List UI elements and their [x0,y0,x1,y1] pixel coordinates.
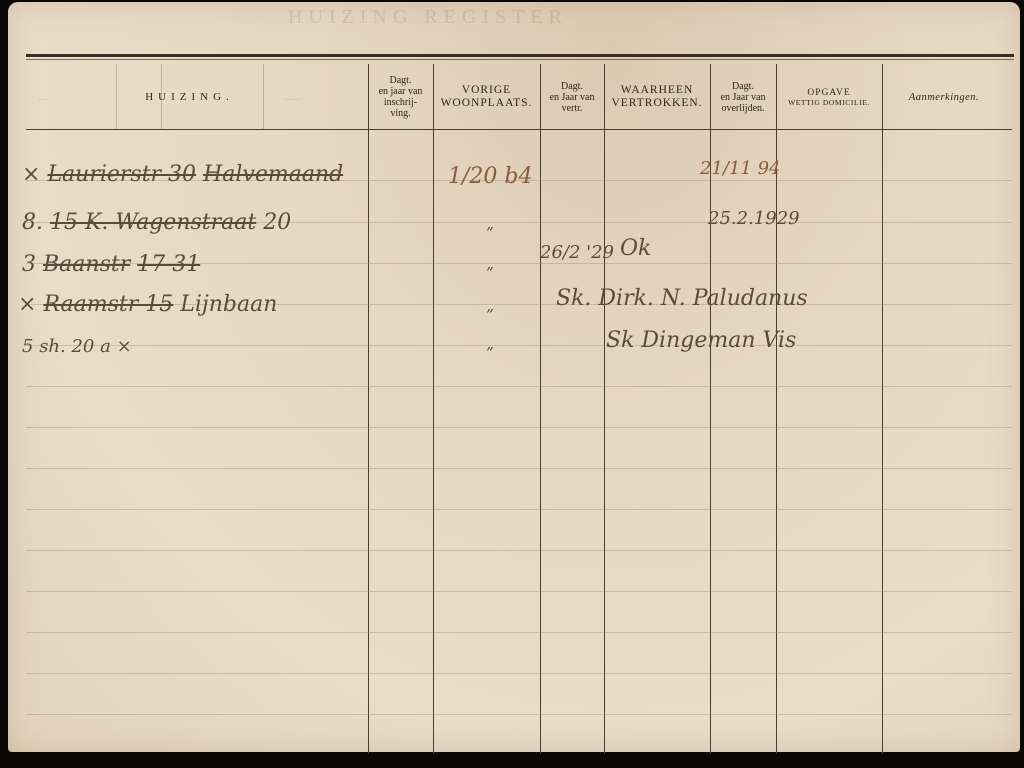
header-vorige-woonplaats: VORIGE WOONPLAATS. [433,64,540,130]
header-line: WOONPLAATS. [441,97,533,110]
header-line: Dagt. [550,81,595,92]
column-divider [882,64,883,754]
ruled-line [26,632,1012,633]
entry-address: 15 K. Wagenstraat [50,210,256,235]
header-line: ving. [379,108,423,119]
header-line: WETTIG DOMICILIE. [788,98,870,107]
entry-address: Laurierstr 30 [47,162,196,187]
header-top-rule-thin [26,59,1014,60]
faded-form-title: HUIZING REGISTER [288,6,748,28]
header-line: en Jaar van [721,92,766,103]
header-line: VORIGE [441,84,533,97]
ruled-line [26,591,1012,592]
overlijden-date-2: 25.2.1929 [708,208,800,229]
header-line: en jaar van [379,86,423,97]
ditto-mark: ” [486,224,494,242]
entry-address-alt: 17 31 [137,252,200,277]
entry-address-alt: Lijnbaan [180,292,277,317]
header-line: VERTROKKEN. [611,97,702,110]
header-line: OPGAVE [788,88,870,98]
huizing-entry-4: × Raamstr 15 Lijnbaan [18,292,277,317]
register-card: HUIZING REGISTER .... HUIZING. ........ … [8,2,1020,752]
header-aanmerkingen: Aanmerkingen. [882,64,1006,130]
huizing-entry-3: 3 Baanstr 17 31 [22,252,200,277]
domicilie-entry-2: Sk Dingeman Vis [606,328,796,353]
entry-address-alt: a × [100,336,132,357]
ruled-line [26,427,1012,428]
ruled-line [26,468,1012,469]
entry-address: Raamstr 15 [43,292,173,317]
header-line: Dagt. [379,75,423,86]
header-line: Dagt. [721,81,766,92]
inschrijving-date-1: 1/20 b4 [448,164,532,189]
column-divider [604,64,605,754]
ruled-line [26,509,1012,510]
header-line: WAARHEEN [611,84,702,97]
header-huizing-label: HUIZING. [145,91,234,103]
header-top-rule [26,54,1014,57]
header-opgave: OPGAVE WETTIG DOMICILIE. [776,64,882,130]
entry-marker: 5 [22,336,33,357]
ditto-mark: ” [486,306,494,324]
overlijden-date-1: 21/11 94 [700,158,781,179]
entry-marker: 3 [22,252,36,277]
header-vertrek: Dagt. en Jaar van vertr. [540,64,604,130]
huizing-entry-5: 5 sh. 20 a × [22,336,132,357]
header-inschrijving: Dagt. en jaar van inschrij- ving. [368,64,433,130]
entry-address: Baanstr [43,252,130,277]
entry-address-alt: 20 [263,210,291,235]
huizing-entry-2: 8. 15 K. Wagenstraat 20 [22,210,291,235]
entry-marker: × [18,292,36,317]
vertrek-note: Ok [620,236,651,261]
header-line: en Jaar van [550,92,595,103]
header-huizing: HUIZING. [116,64,263,130]
ruled-line [26,550,1012,551]
faded-header-text: ........ [283,92,301,102]
ditto-mark: ” [486,264,494,282]
column-divider-faint [263,64,264,130]
faded-header-text: .... [38,92,47,102]
entry-address: sh. 20 [39,336,94,357]
ruled-line [26,673,1012,674]
header-aanmerkingen-label: Aanmerkingen. [909,92,979,103]
ditto-mark: ” [486,344,494,362]
vertrek-date: 26/2 '29 [540,242,614,263]
header-overlijden: Dagt. en Jaar van overlijden. [710,64,776,130]
header-waarheen: WAARHEEN VERTROKKEN. [604,64,710,130]
column-divider [433,64,434,754]
header-line: inschrij- [379,97,423,108]
header-line: overlijden. [721,103,766,114]
ruled-line [26,386,1012,387]
domicilie-entry-1: Sk. Dirk. N. Paludanus [556,286,808,311]
entry-address-alt: Halvemaand [203,162,343,187]
column-divider [540,64,541,754]
column-divider [368,64,369,754]
header-line: vertr. [550,103,595,114]
ruled-line [26,345,1012,346]
entry-marker: 8. [22,210,43,235]
ruled-line [26,714,1012,715]
entry-marker: × [22,162,40,187]
huizing-entry-1: × Laurierstr 30 Halvemaand [22,162,343,187]
